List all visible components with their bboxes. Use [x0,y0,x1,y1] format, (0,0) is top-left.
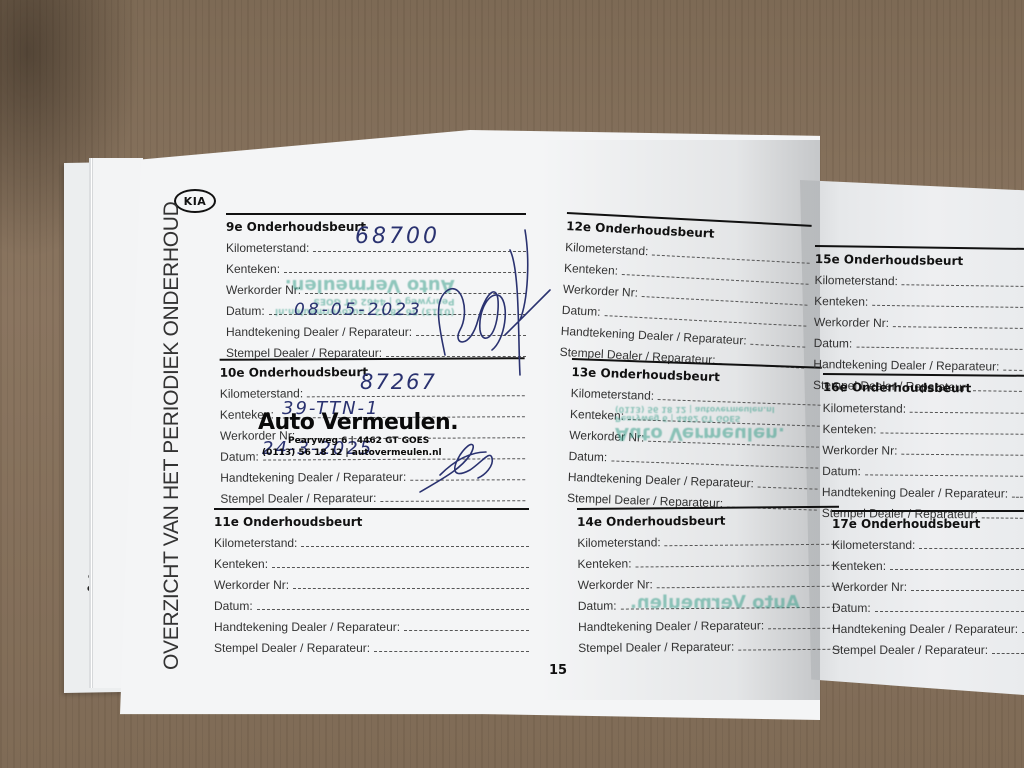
entry-title: 16e Onderhoudsbeurt [823,381,1024,396]
field-label: Handtekening Dealer / Reparateur: [578,618,764,634]
field-label: Stempel Dealer / Reparateur: [214,641,370,655]
field-work_order: Werkorder Nr: [832,573,1024,594]
field-line [911,590,1024,591]
field-label: Handtekening Dealer / Reparateur: [813,357,999,374]
field-line [893,326,1023,329]
field-line [910,412,1024,414]
field-label: Handtekening Dealer / Reparateur: [822,485,1008,501]
field-label: Werkorder Nr: [214,578,289,592]
field-label: Kenteken: [214,557,268,571]
field-label: Kilometerstand: [814,273,898,288]
field-line [410,479,525,481]
field-plate: Kenteken: [832,552,1024,573]
field-work_order: Werkorder Nr: [578,569,840,592]
field-line [750,344,805,348]
section-title: OVERZICHT VAN HET PERIODIEK ONDERHOUD [160,202,184,670]
field-label: Handtekening Dealer / Reparateur: [832,622,1018,636]
field-line [856,347,1022,350]
field-stamp: Stempel Dealer / Reparateur: [832,636,1024,657]
entry-title: 11e Onderhoudsbeurt [214,516,529,529]
field-line [890,569,1024,570]
field-label: Handtekening Dealer / Reparateur: [214,620,400,634]
stamp-brand: Auto Vermeulen. [258,410,458,435]
field-signature: Handtekening Dealer / Reparateur: [220,462,525,485]
field-label: Kenteken: [822,422,876,436]
field-date: Datum: [832,594,1024,615]
field-label: Kilometerstand: [214,536,297,550]
field-label: Kilometerstand: [832,538,915,552]
field-label: Handtekening Dealer / Reparateur: [220,470,406,485]
field-label: Kilometerstand: [577,535,660,550]
field-label: Handtekening Dealer / Reparateur: [226,325,412,339]
field-label: Datum: [226,304,265,318]
field-date: Datum: [214,592,529,613]
field-line [665,544,840,547]
field-label: Werkorder Nr: [814,315,889,330]
entry-17: 17e OnderhoudsbeurtKilometerstand:Kentek… [832,510,1024,657]
field-km: Kilometerstand: [832,531,1024,552]
entry-11: 11e OnderhoudsbeurtKilometerstand:Kentek… [214,508,529,655]
field-label: Werkorder Nr: [822,443,897,458]
field-line [313,251,526,252]
field-signature: Handtekening Dealer / Reparateur: [226,318,526,339]
field-stamp: Stempel Dealer / Reparateur: [578,632,840,655]
field-km: Kilometerstand: [214,529,529,550]
field-line [768,628,840,630]
field-label: Kenteken: [832,559,886,573]
field-line [872,305,1023,308]
field-line [374,651,529,652]
field-line [416,335,526,336]
field-line [758,487,818,490]
field-line [992,653,1024,654]
field-work_order: Werkorder Nr: [214,571,529,592]
field-label: Kilometerstand: [823,401,906,416]
field-km: Kilometerstand: [814,266,1023,290]
field-signature: Handtekening Dealer / Reparateur: [822,478,1023,501]
field-label: Datum: [814,336,853,351]
entry-16: 16e OnderhoudsbeurtKilometerstand:Kentek… [822,373,1024,522]
stamp-contact: (0113) 56 18 12 | autovermeulen.nl [262,447,458,459]
field-line [657,586,840,589]
divider [832,510,1024,512]
stamp-address: Pearyweg 6 | 4462 GT GOES [288,435,458,447]
field-line [881,433,1024,435]
field-line [919,548,1024,549]
field-date: Datum: [814,329,1023,353]
field-line [1012,497,1023,498]
field-label: Datum: [220,450,259,464]
field-label: Kenteken: [577,557,631,571]
stamp-brand: Auto Vermeulen. [275,275,455,296]
field-plate: Kenteken: [214,550,529,571]
field-plate: Kenteken: [577,548,839,571]
field-label: Kenteken: [564,261,619,278]
field-label: Werkorder Nr: [578,577,653,592]
field-signature: Handtekening Dealer / Reparateur: [214,613,529,634]
field-label: Kenteken: [814,294,868,309]
stamp-contact: (0113) 56 18 12 | autovermeulen.nl [615,405,785,414]
field-label: Stempel Dealer / Reparateur: [578,640,734,655]
handwritten-km-10: 87267 [360,370,437,394]
field-line [272,567,529,568]
stamp-brand: Auto Vermeulen. [615,423,785,444]
field-line [901,454,1023,456]
entry-12: 12e OnderhoudsbeurtKilometerstand:Kentek… [559,212,811,372]
field-date: Datum: [822,457,1023,480]
divider [220,357,525,361]
field-label: Stempel Dealer / Reparateur: [832,643,988,657]
field-line [293,588,529,589]
field-label: Datum: [214,599,253,613]
field-label: Stempel Dealer / Reparateur: [220,491,376,506]
field-line [284,272,526,273]
entry-14: 14e OnderhoudsbeurtKilometerstand:Kentek… [577,506,840,655]
field-label: Werkorder Nr: [832,580,907,594]
faded-stamp-offset-13: Auto Vermeulen. Pearyweg 6 | 4462 GT GOE… [615,405,785,444]
field-label: Kilometerstand: [571,386,655,403]
dealer-stamp-10: Auto Vermeulen. Pearyweg 6 | 4462 GT GOE… [258,410,458,459]
field-line [865,474,1023,476]
field-km: Kilometerstand: [577,527,839,550]
faded-stamp-offset-14: Auto Vermeulen. [630,592,800,613]
field-label: Kilometerstand: [226,241,309,255]
field-label: Datum: [562,303,601,319]
field-label: Datum: [578,599,617,613]
field-work_order: Werkorder Nr: [822,436,1023,459]
field-line [902,284,1024,287]
field-line [257,609,529,610]
field-line [875,611,1024,612]
field-line [1003,370,1022,371]
field-signature: Handtekening Dealer / Reparateur: [832,615,1024,636]
field-line [404,630,529,631]
field-work_order: Werkorder Nr: [814,308,1023,332]
field-stamp: Stempel Dealer / Reparateur: [214,634,529,655]
field-signature: Handtekening Dealer / Reparateur: [578,611,840,634]
field-label: Datum: [822,464,861,478]
divider [226,213,526,215]
field-label: Datum: [568,449,607,464]
field-label: Datum: [832,601,871,615]
divider [214,508,529,510]
page-number: 15 [549,663,567,678]
field-plate: Kenteken: [226,255,526,276]
handwritten-km-9: 68700 [355,224,440,249]
field-line [636,565,840,568]
handwritten-date-9: 08-05-2023 [294,300,423,320]
field-km: Kilometerstand: [823,394,1024,417]
field-line [301,546,529,547]
field-plate: Kenteken: [822,415,1023,438]
field-plate: Kenteken: [814,287,1023,311]
stamp-brand-name: Auto Vermeulen. [258,410,458,435]
entry-title: 17e Onderhoudsbeurt [832,518,1024,531]
stamp-address: Pearyweg 6 | 4462 GT GOES [615,414,785,423]
field-label: Kenteken: [226,262,280,276]
divider [823,373,1024,377]
field-signature: Handtekening Dealer / Reparateur: [813,350,1022,374]
field-line [380,500,525,502]
field-line [738,649,840,651]
field-stamp: Stempel Dealer / Reparateur: [220,483,525,506]
